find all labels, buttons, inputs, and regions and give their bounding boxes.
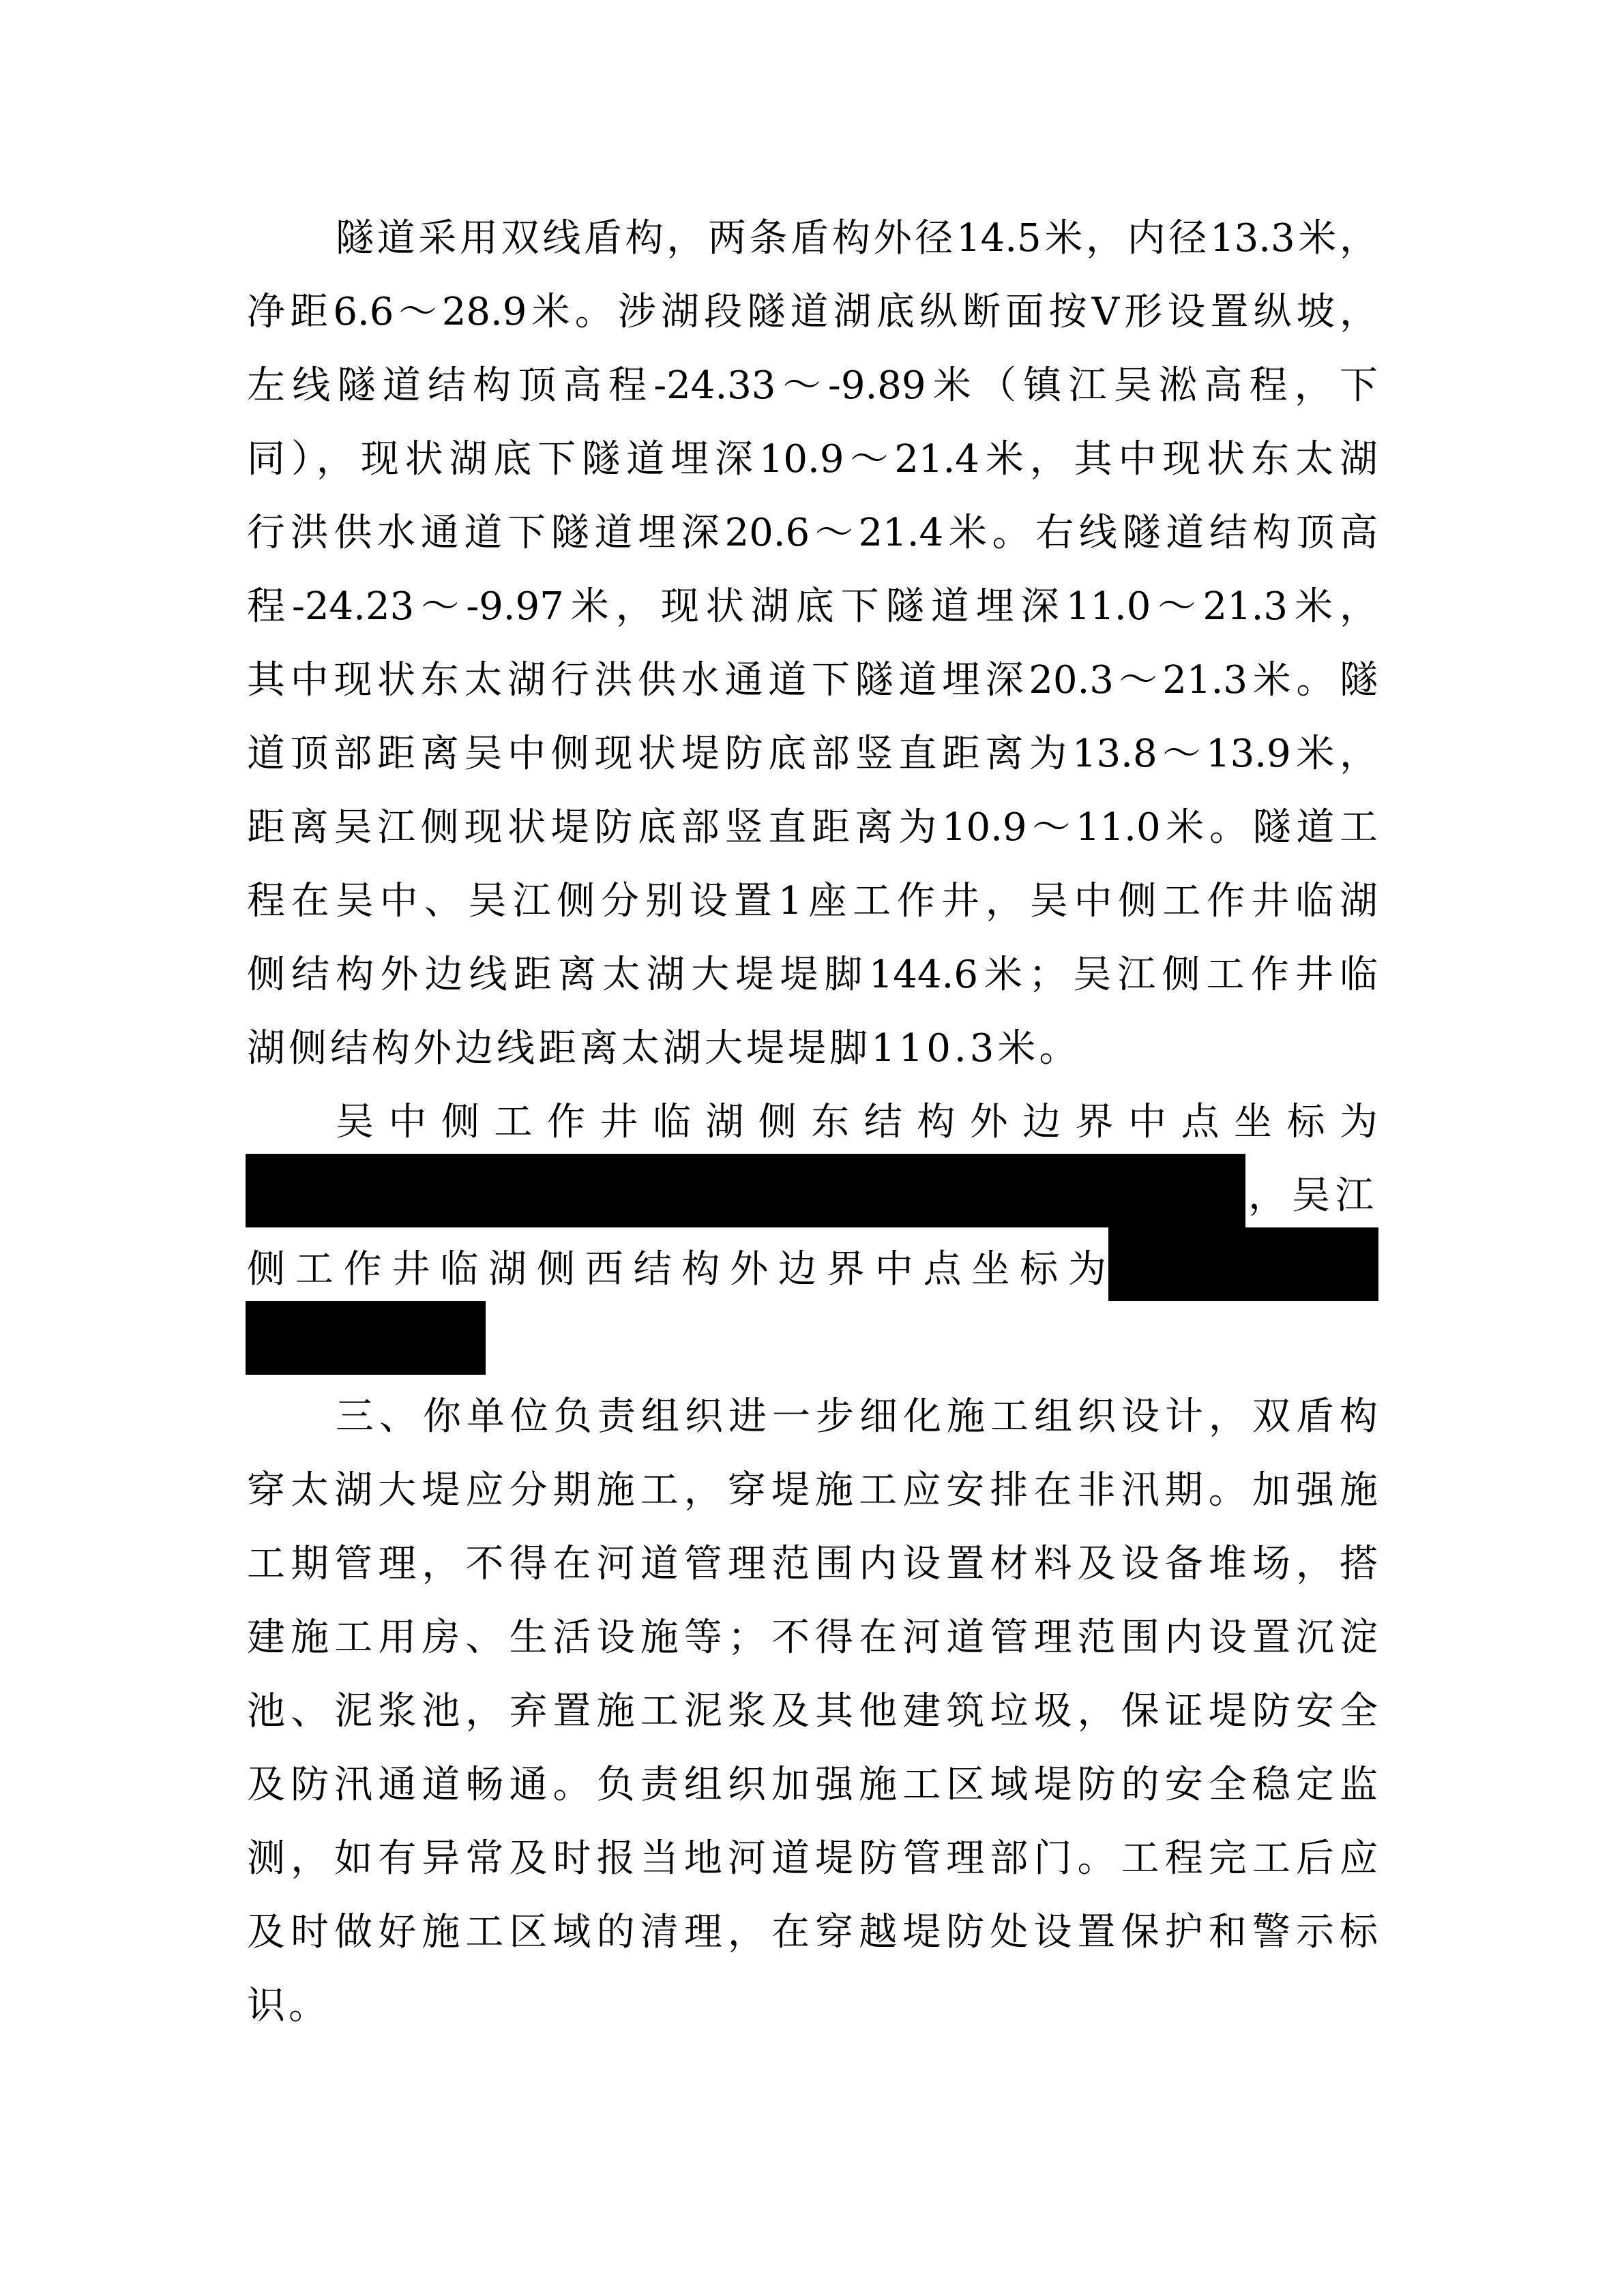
text-line: 隧道采用双线盾构，两条盾构外径14.5米，内径13.3米， [336, 217, 1378, 260]
text-line: 穿太湖大堤应分期施工，穿堤施工应安排在非汛期。加强施 [247, 1469, 1378, 1512]
text-line: 行洪供水通道下隧道埋深20.6～21.4米。右线隧道结构顶高 [247, 511, 1378, 555]
redaction-block [246, 1301, 486, 1375]
document-page: 隧道采用双线盾构，两条盾构外径14.5米，内径13.3米， 净距6.6～28.9… [0, 0, 1624, 2296]
text-line: 道顶部距离吴中侧现状堤防底部竖直距离为13.8～13.9米， [247, 732, 1378, 776]
text-line: 三、你单位负责组织进一步细化施工组织设计，双盾构 [336, 1395, 1378, 1439]
text-line: 建施工用房、生活设施等；不得在河道管理范围内设置沉淀 [247, 1616, 1378, 1660]
text-line: 吴中侧工作井临湖侧东结构外边界中点坐标为 [336, 1101, 1378, 1144]
text-line: 识。 [247, 1984, 1378, 2028]
redaction-block [246, 1154, 1245, 1227]
text-line: 工期管理，不得在河道管理范围内设置材料及设备堆场，搭 [247, 1542, 1378, 1586]
text-line: 侧工作井临湖侧西结构外边界中点坐标为 [247, 1248, 1106, 1292]
text-line: ，吴江 [1248, 1174, 1378, 1218]
text-line: 程在吴中、吴江侧分别设置1座工作井，吴中侧工作井临湖 [247, 880, 1378, 923]
text-line: 程-24.23～-9.97米，现状湖底下隧道埋深11.0～21.3米， [247, 585, 1378, 629]
text-line: 左线隧道结构顶高程-24.33～-9.89米（镇江吴淞高程，下 [247, 364, 1378, 408]
text-line: 池、泥浆池，弃置施工泥浆及其他建筑垃圾，保证堤防安全 [247, 1690, 1378, 1733]
text-line: 及时做好施工区域的清理，在穿越堤防处设置保护和警示标 [247, 1911, 1378, 1954]
text-line: 湖侧结构外边线距离太湖大堤堤脚110.3米。 [247, 1027, 1378, 1071]
text-line: 及防汛通道畅通。负责组织加强施工区域堤防的安全稳定监 [247, 1763, 1378, 1807]
text-line: 侧结构外边线距离太湖大堤堤脚144.6米；吴江侧工作井临 [247, 953, 1378, 997]
text-line: 其中现状东太湖行洪供水通道下隧道埋深20.3～21.3米。隧 [247, 659, 1378, 702]
redaction-block [1108, 1227, 1378, 1301]
text-line: 测，如有异常及时报当地河道堤防管理部门。工程完工后应 [247, 1837, 1378, 1881]
text-line: 距离吴江侧现状堤防底部竖直距离为10.9～11.0米。隧道工 [247, 806, 1378, 850]
text-line: 净距6.6～28.9米。涉湖段隧道湖底纵断面按V形设置纵坡， [247, 290, 1378, 334]
text-line: 同），现状湖底下隧道埋深10.9～21.4米，其中现状东太湖 [247, 438, 1378, 481]
